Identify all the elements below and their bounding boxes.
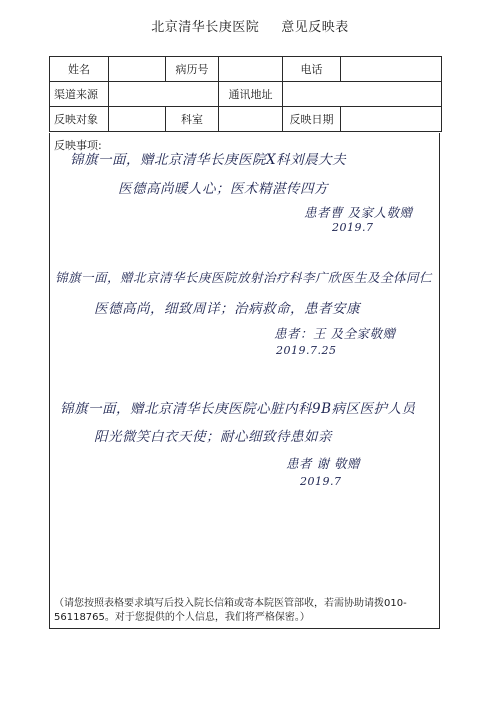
table-row: 姓名 病历号 电话 xyxy=(50,57,442,82)
entry-1-date: 2019.7 xyxy=(332,221,374,234)
entry-2-signature: 患者：王 及全家敬赠 xyxy=(274,324,395,342)
field-name[interactable] xyxy=(109,57,166,82)
feedback-section: 反映事项: 锦旗一面，赠北京清华长庚医院X科刘晨大夫 医德高尚暖人心；医术精湛传… xyxy=(49,133,440,629)
entry-3-line-1: 锦旗一面，赠北京清华长庚医院心脏内科9B病区医护人员 xyxy=(60,397,416,417)
field-feedback-target[interactable] xyxy=(109,107,166,132)
field-phone[interactable] xyxy=(341,57,442,82)
entry-1-line-1: 锦旗一面，赠北京清华长庚医院X科刘晨大夫 xyxy=(70,148,346,168)
privacy-note: （请您按照表格要求填写后投入院长信箱或寄本院医管部收，若需协助请拨010-561… xyxy=(54,597,436,625)
hospital-name: 北京清华长庚医院 xyxy=(151,20,259,35)
entry-3-line-2: 阳光微笑白衣天使；耐心细致待患如亲 xyxy=(94,425,332,445)
entry-3-date: 2019.7 xyxy=(300,475,342,488)
label-feedback-date: 反映日期 xyxy=(283,107,341,132)
label-department: 科室 xyxy=(166,107,219,132)
entry-1-signature: 患者曹 及家人敬赠 xyxy=(304,203,412,221)
entry-1-line-2: 医德高尚暖人心；医术精湛传四方 xyxy=(118,177,328,197)
label-record-number: 病历号 xyxy=(166,57,219,82)
entry-3-signature: 患者 谢 敬赠 xyxy=(286,454,360,472)
entry-2-line-2: 医德高尚，细致周详；治病救命，患者安康 xyxy=(94,297,360,317)
field-channel-source[interactable] xyxy=(109,82,219,107)
label-name: 姓名 xyxy=(50,57,109,82)
field-department[interactable] xyxy=(219,107,283,132)
label-phone: 电话 xyxy=(283,57,341,82)
info-table: 姓名 病历号 电话 渠道来源 通讯地址 反映对象 科室 反映日期 xyxy=(49,56,442,132)
table-row: 反映对象 科室 反映日期 xyxy=(50,107,442,132)
table-row: 渠道来源 通讯地址 xyxy=(50,82,442,107)
field-record-number[interactable] xyxy=(219,57,283,82)
entry-2-date: 2019.7.25 xyxy=(276,344,336,357)
document-title: 北京清华长庚医院意见反映表 xyxy=(0,16,500,35)
label-address: 通讯地址 xyxy=(219,82,283,107)
field-feedback-date[interactable] xyxy=(341,107,442,132)
label-feedback-target: 反映对象 xyxy=(50,107,109,132)
label-channel-source: 渠道来源 xyxy=(50,82,109,107)
form-title: 意见反映表 xyxy=(281,20,349,35)
entry-2-line-1: 锦旗一面，赠北京清华长庚医院放射治疗科李广欣医生及全体同仁 xyxy=(55,268,432,286)
field-address[interactable] xyxy=(283,82,442,107)
